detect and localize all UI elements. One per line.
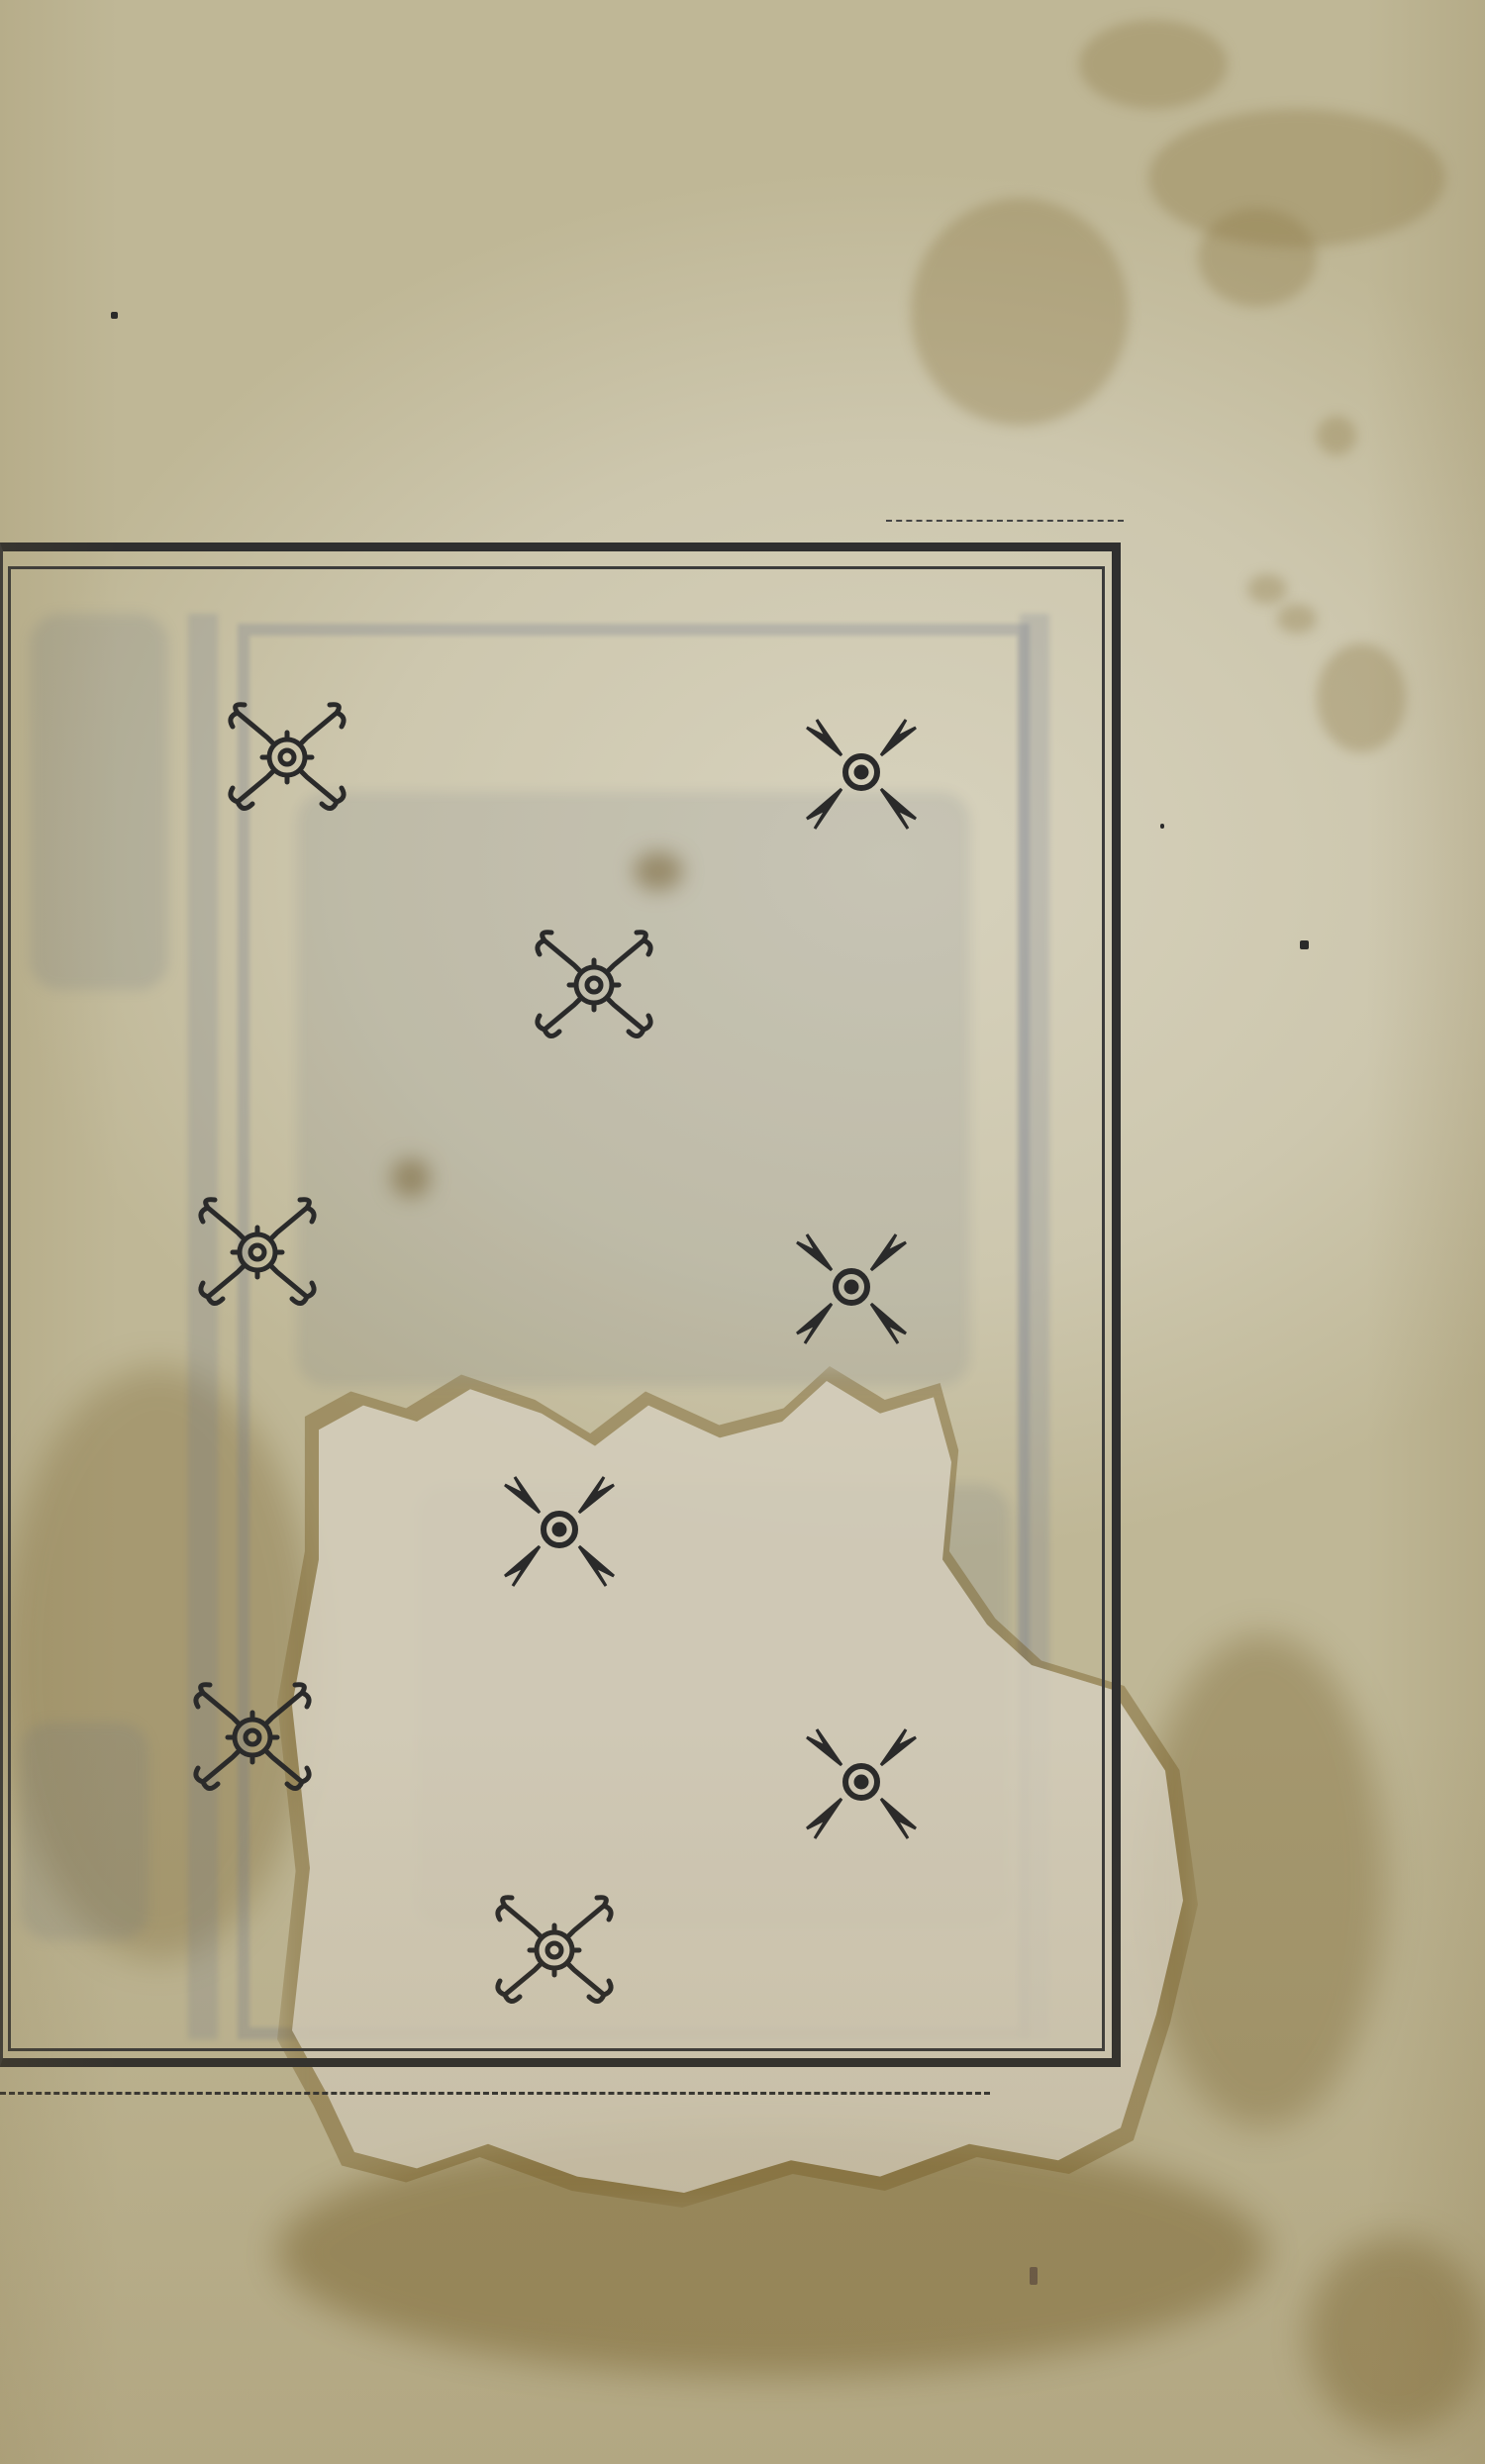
ink-speck <box>1030 2267 1038 2285</box>
printed-frame-inner <box>8 566 1105 2051</box>
water-stain <box>1277 604 1317 634</box>
floral-roundel <box>183 1188 332 1317</box>
water-stain <box>911 198 1129 426</box>
water-stain <box>1317 416 1356 455</box>
floral-roundel <box>213 693 361 822</box>
ink-speck <box>1300 940 1309 949</box>
ink-speck <box>1160 824 1164 829</box>
floral-roundel <box>787 1718 936 1846</box>
floral-roundel <box>520 921 668 1049</box>
ink-speck <box>111 312 118 319</box>
water-stain <box>1079 20 1228 109</box>
scanned-book-page: scanned woodblock-printed book page <box>0 0 1485 2464</box>
water-stain <box>1247 574 1287 604</box>
floral-roundel <box>178 1673 327 1802</box>
floral-roundel <box>787 708 936 837</box>
printed-frame-underline <box>0 2092 990 2095</box>
frame-top-rule <box>886 520 1124 522</box>
floral-roundel <box>480 1886 629 2015</box>
floral-roundel <box>777 1223 926 1351</box>
water-stain <box>1198 208 1317 307</box>
water-stain <box>1307 2237 1485 2435</box>
floral-roundel <box>485 1465 634 1594</box>
water-stain <box>1317 643 1406 752</box>
